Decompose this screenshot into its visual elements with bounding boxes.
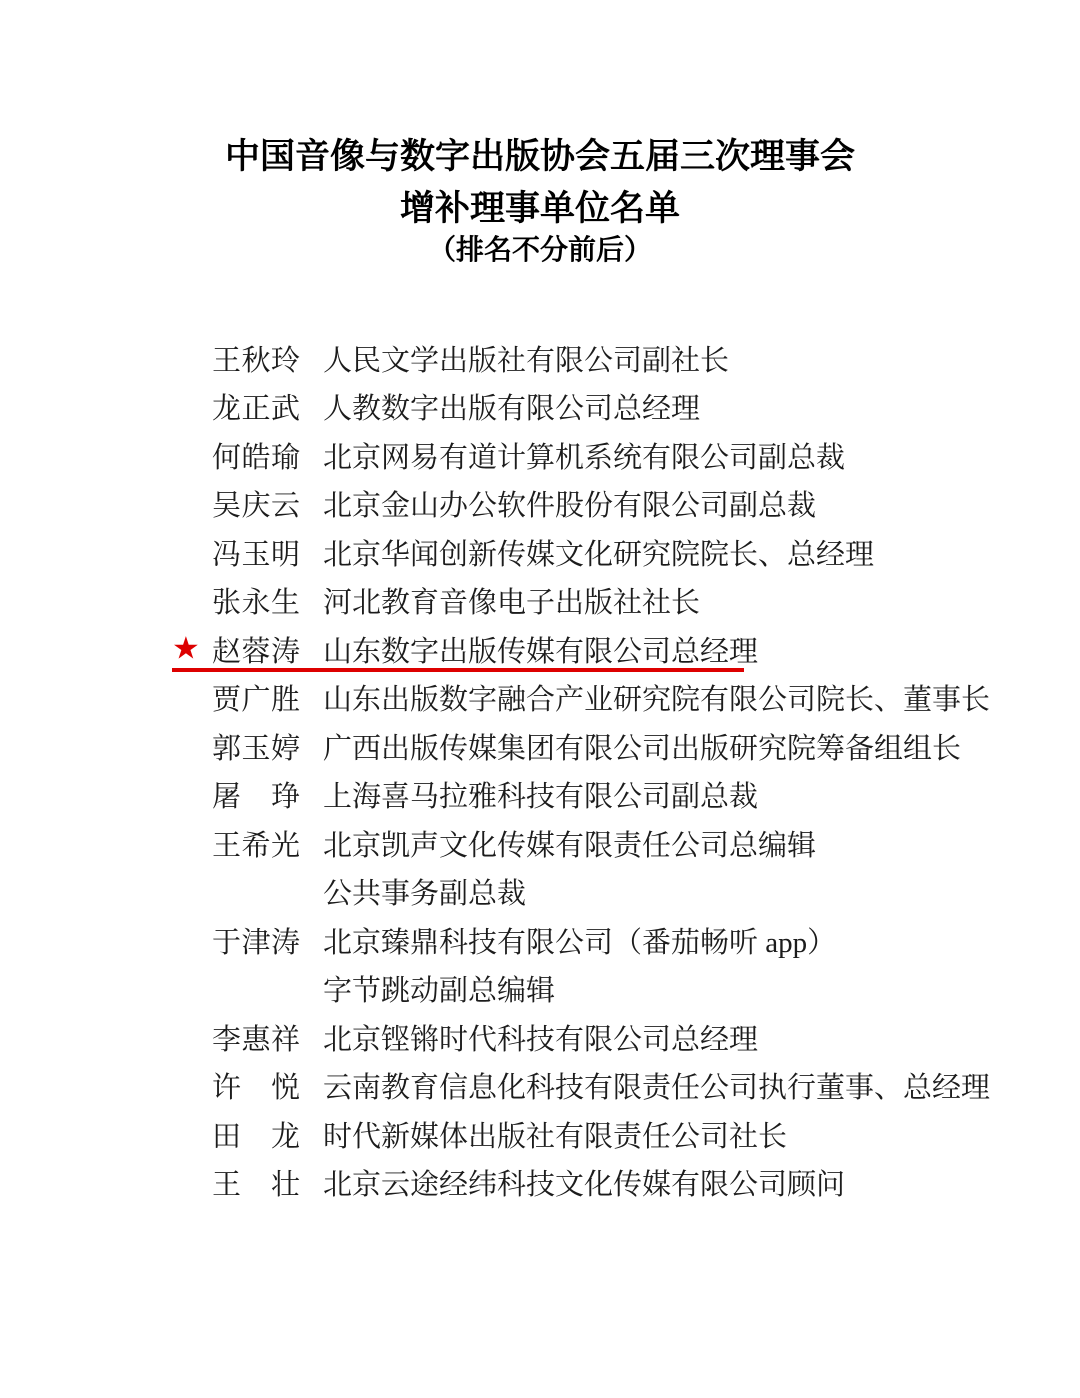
list-row: 公共事务副总裁 <box>212 868 1042 917</box>
member-name: 李惠祥 <box>212 1017 300 1058</box>
list-row: 何皓瑜北京网易有道计算机系统有限公司副总裁 <box>212 431 1042 480</box>
list-row: 屠琤上海喜马拉雅科技有限公司副总裁 <box>212 771 1042 820</box>
page-subtitle: （排名不分前后） <box>0 234 1080 268</box>
member-role: 人教数字出版有限公司总经理 <box>323 386 700 427</box>
member-name-char: 涛 <box>271 629 300 670</box>
member-name-char: 悦 <box>271 1065 300 1106</box>
member-name-char: 玉 <box>241 532 270 573</box>
member-name-char: 王 <box>212 338 241 379</box>
member-name: 何皓瑜 <box>212 435 300 476</box>
list-row: 田龙时代新媒体出版社有限责任公司社长 <box>212 1110 1042 1159</box>
member-name-char: 王 <box>212 823 241 864</box>
member-name-char: 吴 <box>212 483 241 524</box>
member-name: 龙正武 <box>212 386 300 427</box>
page-title-line2: 增补理事单位名单 <box>0 188 1080 230</box>
list-row: 许悦云南教育信息化科技有限责任公司执行董事、总经理 <box>212 1062 1042 1111</box>
member-name-char: 于 <box>212 920 241 961</box>
list-row: ★赵蓉涛山东数字出版传媒有限公司总经理 <box>212 625 1042 674</box>
member-name-char: 田 <box>212 1114 241 1155</box>
member-role: 人民文学出版社有限公司副社长 <box>323 338 729 379</box>
member-name-char: 冯 <box>212 532 241 573</box>
member-name: 于津涛 <box>212 920 300 961</box>
member-name-char: 龙 <box>212 386 241 427</box>
member-name-char: 王 <box>212 1162 241 1203</box>
member-name: 田龙 <box>212 1114 300 1155</box>
list-row: 冯玉明北京华闻创新传媒文化研究院院长、总经理 <box>212 528 1042 577</box>
member-name-char: 玲 <box>271 338 300 379</box>
member-name: 张永生 <box>212 580 300 621</box>
member-name: 郭玉婷 <box>212 726 300 767</box>
member-role: 上海喜马拉雅科技有限公司副总裁 <box>323 774 758 815</box>
document-page: 中国音像与数字出版协会五届三次理事会 增补理事单位名单 （排名不分前后） 王秋玲… <box>0 0 1080 1398</box>
member-name-char: 皓 <box>241 435 270 476</box>
member-role: 北京网易有道计算机系统有限公司副总裁 <box>323 435 845 476</box>
member-role: 山东数字出版传媒有限公司总经理 <box>323 629 758 670</box>
member-name-char: 屠 <box>212 774 241 815</box>
member-name-char: 胜 <box>271 677 300 718</box>
member-role: 云南教育信息化科技有限责任公司执行董事、总经理 <box>323 1065 990 1106</box>
member-name-char: 庆 <box>241 483 270 524</box>
member-name-char: 赵 <box>212 629 241 670</box>
member-role: 北京凯声文化传媒有限责任公司总编辑 <box>323 823 816 864</box>
member-name-char: 惠 <box>241 1017 270 1058</box>
member-role: 北京云途经纬科技文化传媒有限公司顾问 <box>323 1162 845 1203</box>
member-name-char: 广 <box>241 677 270 718</box>
member-name-char: 永 <box>241 580 270 621</box>
list-row: 张永生河北教育音像电子出版社社长 <box>212 577 1042 626</box>
member-role: 字节跳动副总编辑 <box>323 968 555 1009</box>
list-row: 吴庆云北京金山办公软件股份有限公司副总裁 <box>212 480 1042 529</box>
member-name-char: 光 <box>271 823 300 864</box>
member-role: 时代新媒体出版社有限责任公司社长 <box>323 1114 787 1155</box>
member-name-char: 瑜 <box>271 435 300 476</box>
member-role: 北京金山办公软件股份有限公司副总裁 <box>323 483 816 524</box>
list-row: 王壮北京云途经纬科技文化传媒有限公司顾问 <box>212 1159 1042 1208</box>
member-name-char: 正 <box>241 386 270 427</box>
member-role: 河北教育音像电子出版社社长 <box>323 580 700 621</box>
member-name: 许悦 <box>212 1065 300 1106</box>
member-name-char: 蓉 <box>241 629 270 670</box>
member-name-char: 婷 <box>271 726 300 767</box>
list-row: 于津涛北京臻鼎科技有限公司（番茄畅听 app） <box>212 916 1042 965</box>
member-role: 公共事务副总裁 <box>323 871 526 912</box>
member-name: 王秋玲 <box>212 338 300 379</box>
list-row: 贾广胜山东出版数字融合产业研究院有限公司院长、董事长 <box>212 674 1042 723</box>
member-name-char: 李 <box>212 1017 241 1058</box>
member-name-char: 张 <box>212 580 241 621</box>
member-name-char: 涛 <box>271 920 300 961</box>
list-row: 王希光北京凯声文化传媒有限责任公司总编辑 <box>212 819 1042 868</box>
member-name-char: 何 <box>212 435 241 476</box>
member-role: 山东出版数字融合产业研究院有限公司院长、董事长 <box>323 677 990 718</box>
member-name-char: 云 <box>271 483 300 524</box>
member-role: 广西出版传媒集团有限公司出版研究院筹备组组长 <box>323 726 961 767</box>
member-name: 赵蓉涛 <box>212 629 300 670</box>
member-name-char: 玉 <box>241 726 270 767</box>
member-name-char: 琤 <box>271 774 300 815</box>
member-role: 北京铿锵时代科技有限公司总经理 <box>323 1017 758 1058</box>
member-name: 吴庆云 <box>212 483 300 524</box>
member-name-char: 武 <box>271 386 300 427</box>
list-row: 字节跳动副总编辑 <box>212 965 1042 1014</box>
member-name-char: 许 <box>212 1065 241 1106</box>
list-row: 郭玉婷广西出版传媒集团有限公司出版研究院筹备组组长 <box>212 722 1042 771</box>
list-row: 李惠祥北京铿锵时代科技有限公司总经理 <box>212 1013 1042 1062</box>
member-name-char: 龙 <box>271 1114 300 1155</box>
list-row: 王秋玲人民文学出版社有限公司副社长 <box>212 334 1042 383</box>
star-icon: ★ <box>172 634 212 665</box>
member-name-char: 津 <box>241 920 270 961</box>
member-name-char: 明 <box>271 532 300 573</box>
member-name-char: 希 <box>241 823 270 864</box>
member-name: 冯玉明 <box>212 532 300 573</box>
member-role: 北京臻鼎科技有限公司（番茄畅听 app） <box>323 920 836 961</box>
member-name-char: 秋 <box>241 338 270 379</box>
member-name-char: 生 <box>271 580 300 621</box>
member-name: 屠琤 <box>212 774 300 815</box>
page-title-line1: 中国音像与数字出版协会五届三次理事会 <box>0 136 1080 178</box>
member-name: 贾广胜 <box>212 677 300 718</box>
member-name-char: 壮 <box>271 1162 300 1203</box>
highlight-underline <box>172 668 744 672</box>
member-list: 王秋玲人民文学出版社有限公司副社长龙正武人教数字出版有限公司总经理何皓瑜北京网易… <box>212 334 1042 1207</box>
list-row: 龙正武人教数字出版有限公司总经理 <box>212 383 1042 432</box>
member-name-char: 祥 <box>271 1017 300 1058</box>
member-name-char: 贾 <box>212 677 241 718</box>
member-role: 北京华闻创新传媒文化研究院院长、总经理 <box>323 532 874 573</box>
member-name-char: 郭 <box>212 726 241 767</box>
member-name: 王壮 <box>212 1162 300 1203</box>
member-name: 王希光 <box>212 823 300 864</box>
